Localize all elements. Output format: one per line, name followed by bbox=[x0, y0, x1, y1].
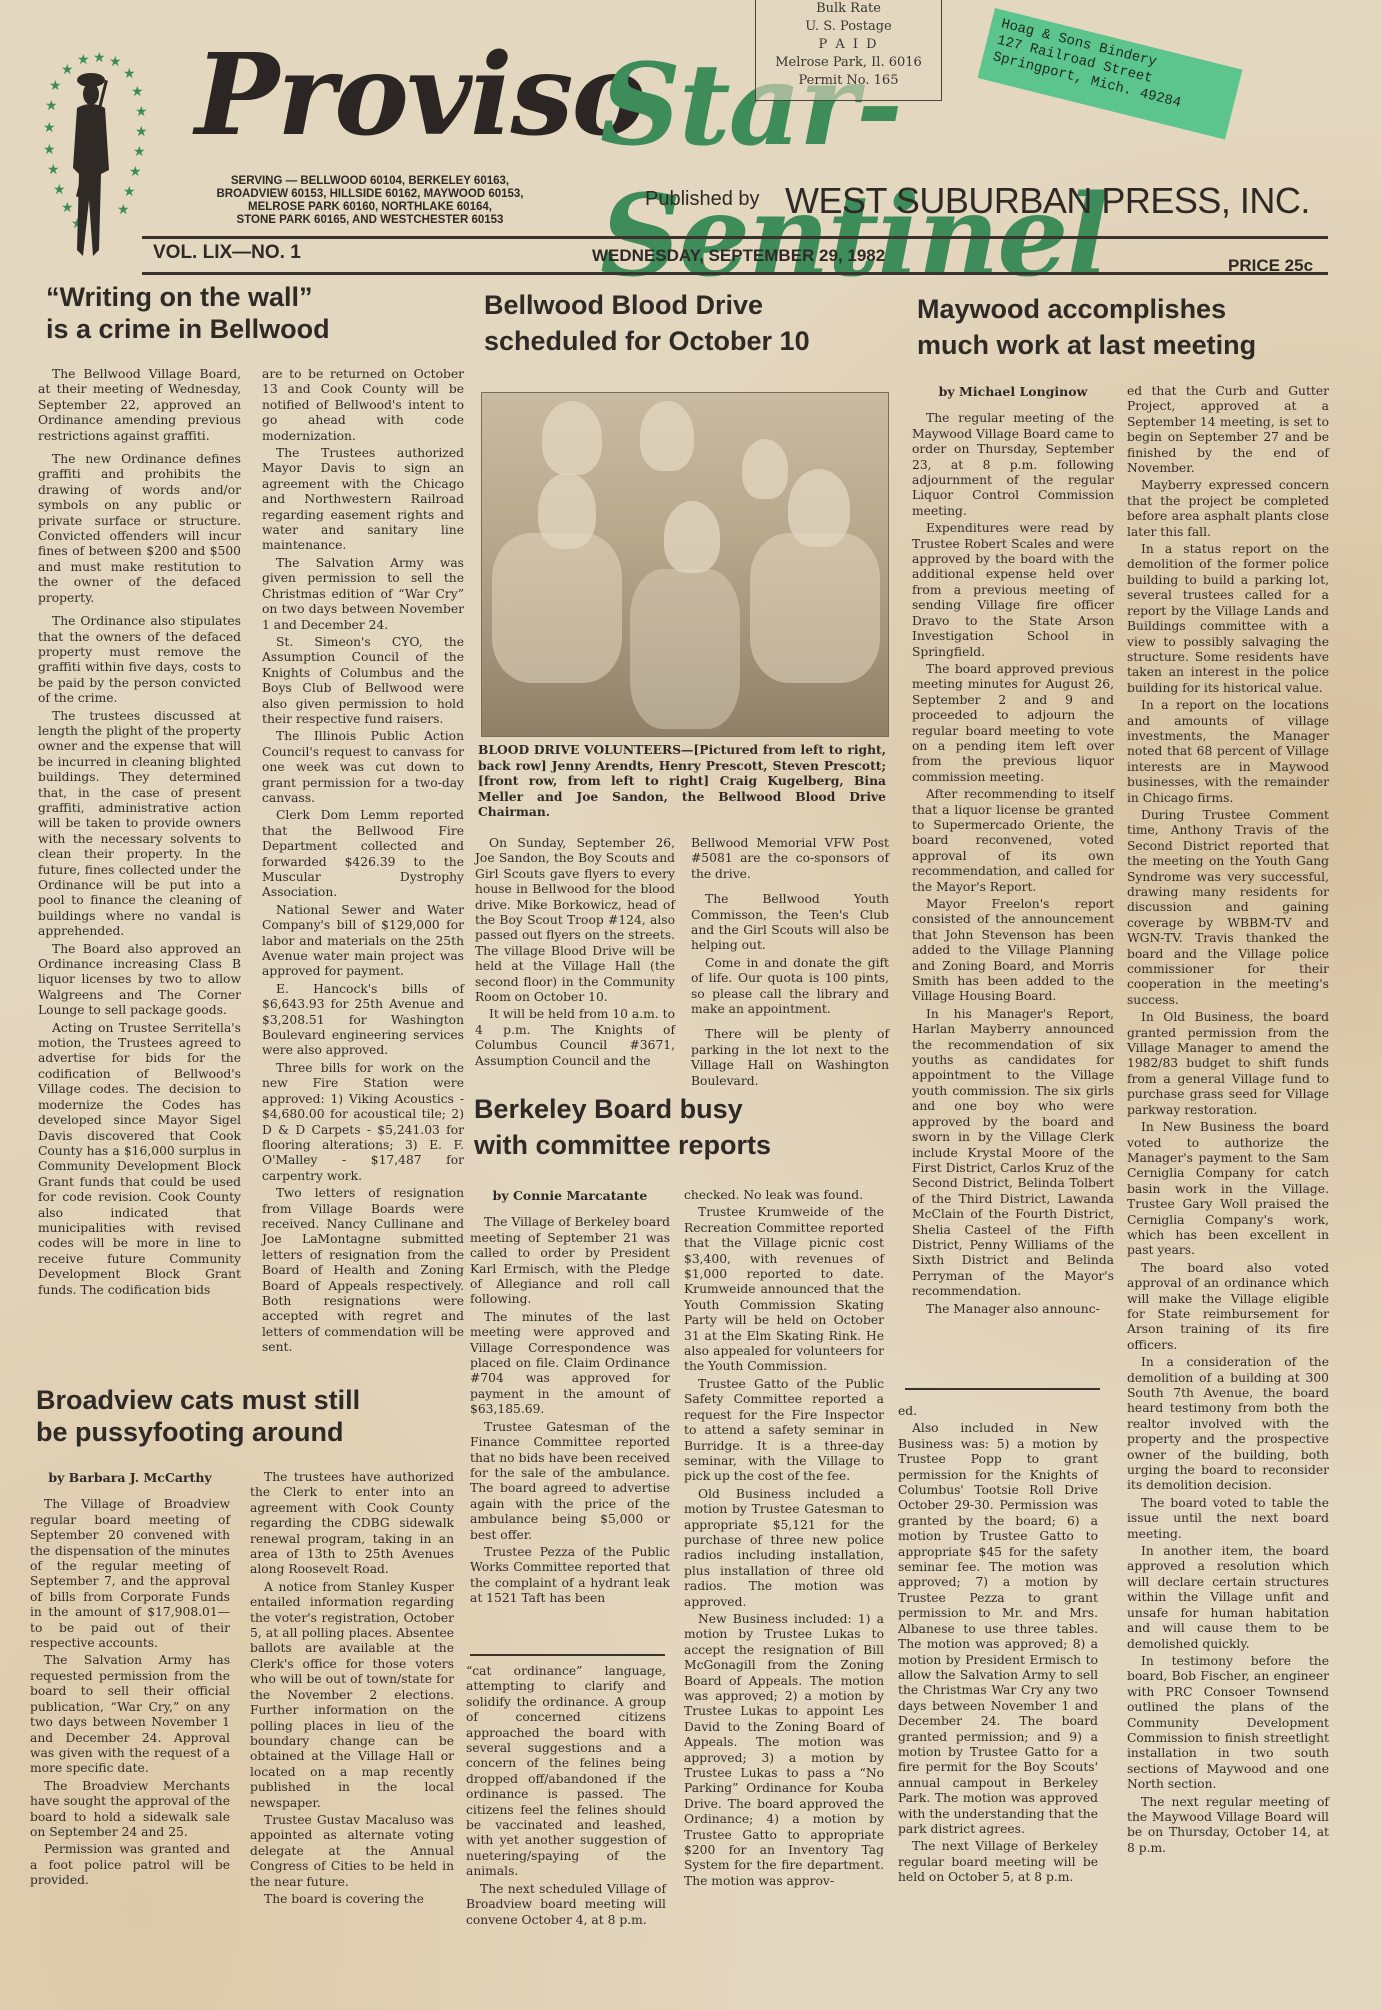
article-graffiti-col-1: The Bellwood Village Board, at their mee… bbox=[38, 367, 241, 1300]
headline-line: with committee reports bbox=[474, 1130, 771, 1160]
svg-text:★: ★ bbox=[129, 164, 142, 180]
article-broadview-col-1: by Barbara J. McCarthy The Village of Br… bbox=[30, 1470, 230, 1891]
stamp-line: U. S. Postage bbox=[756, 18, 941, 36]
svg-text:★: ★ bbox=[53, 182, 66, 198]
stamp-line: Permit No. 165 bbox=[756, 72, 941, 90]
svg-text:★: ★ bbox=[93, 50, 106, 66]
paragraph: The regular meeting of the Maywood Villa… bbox=[912, 411, 1114, 519]
photo-figure bbox=[750, 533, 880, 683]
svg-text:★: ★ bbox=[133, 144, 146, 160]
svg-text:★: ★ bbox=[123, 184, 136, 200]
paragraph: Acting on Trustee Serritella's motion, t… bbox=[38, 1021, 241, 1298]
serving-areas: SERVING — BELLWOOD 60104, BERKELEY 60163… bbox=[190, 175, 550, 227]
paragraph: New Business included: 1) a motion by Tr… bbox=[684, 1612, 884, 1889]
article-graffiti-col-2: are to be returned on October 13 and Coo… bbox=[262, 367, 464, 1358]
photo-caption: BLOOD DRIVE VOLUNTEERS—[Pictured from le… bbox=[478, 742, 886, 820]
byline: by Connie Marcatante bbox=[470, 1188, 670, 1203]
paragraph: Trustee Krumweide of the Recreation Comm… bbox=[684, 1205, 884, 1374]
masthead-rule-bottom bbox=[142, 272, 1328, 275]
blood-drive-volunteers-photo bbox=[481, 392, 889, 737]
column-divider bbox=[905, 1388, 1100, 1390]
headline-line: Bellwood Blood Drive bbox=[484, 290, 763, 320]
serving-line: STONE PARK 60165, AND WESTCHESTER 60153 bbox=[190, 214, 550, 227]
article-broadview-jump: “cat ordinance” language, attempting to … bbox=[466, 1664, 666, 1930]
paragraph: checked. No leak was found. bbox=[684, 1188, 884, 1203]
photo-figure bbox=[640, 401, 694, 471]
bulk-rate-postage-stamp: Bulk Rate U. S. Postage P A I D Melrose … bbox=[755, 0, 942, 101]
paragraph: ed that the Curb and Gutter Project, app… bbox=[1127, 384, 1329, 476]
volume-number: VOL. LIX—NO. 1 bbox=[153, 242, 301, 264]
paragraph: On Sunday, September 26, Joe Sandon, the… bbox=[475, 836, 675, 1005]
svg-text:★: ★ bbox=[49, 78, 62, 94]
paragraph: The next scheduled Village of Broadview … bbox=[466, 1882, 666, 1928]
paragraph: Trustee Gatto of the Public Safety Commi… bbox=[684, 1377, 884, 1485]
paragraph: The Board also approved an Ordinance inc… bbox=[38, 942, 241, 1019]
paragraph: The Salvation Army has requested permiss… bbox=[30, 1653, 230, 1776]
article-maywood-col-1: by Michael Longinow The regular meeting … bbox=[912, 384, 1114, 1319]
paragraph: The Manager also announc- bbox=[912, 1302, 1114, 1317]
paragraph: In another item, the board approved a re… bbox=[1127, 1544, 1329, 1652]
article-blood-drive-col-1: On Sunday, September 26, Joe Sandon, the… bbox=[475, 836, 675, 1071]
paragraph: Three bills for work on the new Fire Sta… bbox=[262, 1061, 464, 1184]
headline: “Writing on the wall” is a crime in Bell… bbox=[46, 282, 466, 346]
photo-figure bbox=[742, 439, 788, 499]
headline-line: Maywood accomplishes bbox=[917, 294, 1226, 324]
paragraph: The Bellwood Youth Commisson, the Teen's… bbox=[691, 892, 889, 954]
paragraph: E. Hancock's bills of $6,643.93 for 25th… bbox=[262, 982, 464, 1059]
headline: Berkeley Board busy with committee repor… bbox=[474, 1092, 894, 1164]
svg-text:★: ★ bbox=[109, 54, 122, 70]
svg-text:★: ★ bbox=[45, 98, 58, 114]
paragraph: The Village of Broadview regular board m… bbox=[30, 1497, 230, 1651]
paragraph: Mayor Freelon's report consisted of the … bbox=[912, 897, 1114, 1005]
paragraph: There will be plenty of parking in the l… bbox=[691, 1027, 889, 1089]
svg-text:★: ★ bbox=[43, 120, 56, 136]
headline: Broadview cats must still be pussyfootin… bbox=[36, 1385, 456, 1449]
photo-figure bbox=[492, 533, 622, 683]
article-blood-drive-col-2: Bellwood Memorial VFW Post #5081 are the… bbox=[691, 836, 889, 1091]
headline: Maywood accomplishes much work at last m… bbox=[917, 292, 1357, 364]
paragraph: In New Business the board voted to autho… bbox=[1127, 1120, 1329, 1259]
headline-line: Berkeley Board busy bbox=[474, 1094, 743, 1124]
paragraph: National Sewer and Water Company's bill … bbox=[262, 903, 464, 980]
paragraph: After recommending to itself that a liqu… bbox=[912, 787, 1114, 895]
paragraph: ed. bbox=[898, 1404, 1098, 1419]
paragraph: The Trustees authorized Mayor Davis to s… bbox=[262, 446, 464, 554]
svg-text:★: ★ bbox=[131, 84, 144, 100]
paragraph: Trustee Gustav Macaluso was appointed as… bbox=[250, 1813, 454, 1890]
masthead-rule-top bbox=[142, 236, 1328, 239]
headline-line: much work at last meeting bbox=[917, 330, 1256, 360]
article-blood-drive: Bellwood Blood Drive scheduled for Octob… bbox=[484, 288, 904, 360]
byline: by Michael Longinow bbox=[912, 384, 1114, 399]
paragraph: In Old Business, the board granted permi… bbox=[1127, 1010, 1329, 1118]
paragraph: It will be held from 10 a.m. to 4 p.m. T… bbox=[475, 1007, 675, 1069]
paragraph: St. Simeon's CYO, the Assumption Council… bbox=[262, 635, 464, 727]
paragraph: In a status report on the demolition of … bbox=[1127, 542, 1329, 696]
paragraph: The trustees have authorized the Clerk t… bbox=[250, 1470, 454, 1578]
paragraph: The Broadview Merchants have sought the … bbox=[30, 1779, 230, 1841]
svg-text:★: ★ bbox=[123, 66, 136, 82]
svg-text:★: ★ bbox=[61, 200, 74, 216]
paragraph: During Trustee Comment time, Anthony Tra… bbox=[1127, 808, 1329, 1008]
stamp-line: Melrose Park, Il. 6016 bbox=[756, 54, 941, 72]
paragraph: Expenditures were read by Trustee Robert… bbox=[912, 521, 1114, 660]
paragraph: Trustee Pezza of the Public Works Commit… bbox=[470, 1545, 670, 1607]
paragraph: A notice from Stanley Kusper entailed in… bbox=[250, 1580, 454, 1811]
paragraph: The Village of Berkeley board meeting of… bbox=[470, 1215, 670, 1307]
serving-line: SERVING — BELLWOOD 60104, BERKELEY 60163… bbox=[190, 175, 550, 188]
published-by-label: Published by bbox=[645, 188, 760, 211]
svg-text:★: ★ bbox=[135, 124, 148, 140]
article-berkeley-col-2: checked. No leak was found. Trustee Krum… bbox=[684, 1188, 884, 1891]
paragraph: The board is covering the bbox=[250, 1892, 454, 1907]
issue-date: WEDNESDAY, SEPTEMBER 29, 1982 bbox=[592, 246, 885, 266]
paragraph: Come in and donate the gift of life. Our… bbox=[691, 956, 889, 1018]
byline: by Barbara J. McCarthy bbox=[30, 1470, 230, 1485]
paragraph: Two letters of resignation from Village … bbox=[262, 1186, 464, 1355]
paragraph: Also included in New Business was: 5) a … bbox=[898, 1421, 1098, 1837]
paragraph: Mayberry expressed concern that the proj… bbox=[1127, 478, 1329, 540]
masthead-title-proviso: Proviso bbox=[195, 30, 644, 161]
paragraph: The next Village of Berkeley regular boa… bbox=[898, 1839, 1098, 1885]
paragraph: The Ordinance also stipulates that the o… bbox=[38, 614, 241, 706]
svg-text:★: ★ bbox=[117, 202, 130, 218]
svg-text:★: ★ bbox=[135, 104, 148, 120]
paragraph: The Illinois Public Action Council's req… bbox=[262, 729, 464, 806]
headline-line: scheduled for October 10 bbox=[484, 326, 810, 356]
paragraph: The Bellwood Village Board, at their mee… bbox=[38, 367, 241, 444]
paragraph: The board approved previous meeting minu… bbox=[912, 662, 1114, 785]
article-graffiti: “Writing on the wall” is a crime in Bell… bbox=[46, 282, 466, 346]
photo-figure bbox=[630, 569, 740, 729]
paragraph: The board voted to table the issue until… bbox=[1127, 1496, 1329, 1542]
paragraph: The trustees discussed at length the pli… bbox=[38, 709, 241, 940]
paragraph: The minutes of the last meeting were app… bbox=[470, 1310, 670, 1418]
article-berkeley-col-1: by Connie Marcatante The Village of Berk… bbox=[470, 1188, 670, 1609]
article-maywood-col-2: ed that the Curb and Gutter Project, app… bbox=[1127, 384, 1329, 1858]
headline-line: Broadview cats must still bbox=[36, 1385, 360, 1415]
minuteman-logo-icon: ★★★★★★★★★★★★★ ★★★★★★★ bbox=[42, 50, 152, 270]
paragraph: Old Business included a motion by Truste… bbox=[684, 1487, 884, 1610]
svg-text:★: ★ bbox=[43, 142, 56, 158]
headline-line: “Writing on the wall” bbox=[46, 282, 313, 312]
paragraph: In a consideration of the demolition of … bbox=[1127, 1355, 1329, 1494]
paragraph: The Salvation Army was given permission … bbox=[262, 556, 464, 633]
article-broadview: Broadview cats must still be pussyfootin… bbox=[36, 1385, 456, 1449]
paragraph: Bellwood Memorial VFW Post #5081 are the… bbox=[691, 836, 889, 882]
stamp-line: P A I D bbox=[756, 36, 941, 54]
article-berkeley: Berkeley Board busy with committee repor… bbox=[474, 1092, 894, 1164]
headline: Bellwood Blood Drive scheduled for Octob… bbox=[484, 288, 904, 360]
paragraph: The new Ordinance defines graffiti and p… bbox=[38, 452, 241, 606]
headline-line: is a crime in Bellwood bbox=[46, 314, 330, 344]
jump-divider bbox=[470, 1654, 665, 1656]
paragraph: The next regular meeting of the Maywood … bbox=[1127, 1795, 1329, 1857]
paragraph: In his Manager's Report, Harlan Mayberry… bbox=[912, 1007, 1114, 1300]
photo-figure bbox=[542, 401, 602, 475]
svg-text:★: ★ bbox=[47, 162, 60, 178]
serving-line: BROADVIEW 60153, HILLSIDE 60162, MAYWOOD… bbox=[190, 188, 550, 201]
article-berkeley-col-3: ed. Also included in New Business was: 5… bbox=[898, 1404, 1098, 1888]
paragraph: Trustee Gatesman of the Finance Committe… bbox=[470, 1420, 670, 1543]
svg-text:★: ★ bbox=[77, 52, 90, 68]
publisher-name: WEST SUBURBAN PRESS, INC. bbox=[785, 180, 1310, 222]
paragraph: In testimony before the board, Bob Fisch… bbox=[1127, 1654, 1329, 1793]
article-maywood: Maywood accomplishes much work at last m… bbox=[917, 292, 1357, 364]
headline-line: be pussyfooting around bbox=[36, 1417, 344, 1447]
paragraph: are to be returned on October 13 and Coo… bbox=[262, 367, 464, 444]
stamp-line: Bulk Rate bbox=[756, 0, 941, 18]
photo-figure bbox=[664, 501, 720, 573]
paragraph: Permission was granted and a foot police… bbox=[30, 1842, 230, 1888]
paragraph: Clerk Dom Lemm reported that the Bellwoo… bbox=[262, 808, 464, 900]
paragraph: In a report on the locations and amounts… bbox=[1127, 698, 1329, 806]
svg-text:★: ★ bbox=[61, 62, 74, 78]
paragraph: The board also voted approval of an ordi… bbox=[1127, 1261, 1329, 1353]
serving-line: MELROSE PARK 60160, NORTHLAKE 60164, bbox=[190, 201, 550, 214]
paragraph: “cat ordinance” language, attempting to … bbox=[466, 1664, 666, 1880]
article-broadview-col-2: The trustees have authorized the Clerk t… bbox=[250, 1470, 454, 1909]
